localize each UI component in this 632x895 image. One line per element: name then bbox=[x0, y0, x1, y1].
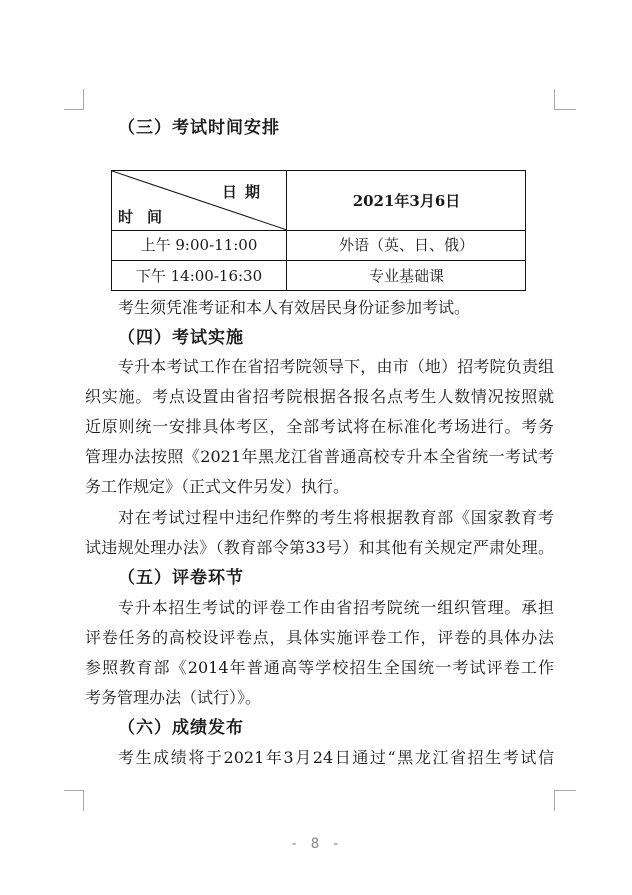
section-heading-6: （六）成绩发布 bbox=[118, 717, 244, 739]
section-heading-3: （三）考试时间安排 bbox=[118, 117, 280, 139]
table-cell-subject: 专业基础课 bbox=[287, 266, 526, 286]
paragraph-line: 考务管理办法（试行）》。 bbox=[85, 688, 554, 708]
document-page: （三）考试时间安排 日期 时间 2021年3月6日 上午 9:00-11:00 … bbox=[0, 0, 632, 895]
paragraph-line: 对在考试过程中违纪作弊的考生将根据教育部《国家教育考 bbox=[118, 508, 554, 528]
crop-mark-top-right bbox=[554, 89, 576, 110]
table-cell-time: 下午 14:00-16:30 bbox=[112, 266, 286, 286]
paragraph-line: 参照教育部《2014年普通高等学校招生全国统一考试评卷工作 bbox=[85, 658, 554, 678]
paragraph-line: 专升本考试工作在省招考院领导下，由市（地）招考院负责组 bbox=[118, 357, 554, 377]
section-heading-4: （四）考试实施 bbox=[118, 327, 244, 349]
exam-schedule-table: 日期 时间 2021年3月6日 上午 9:00-11:00 外语（英、日、俄） … bbox=[111, 170, 526, 291]
paragraph-line: 试违规处理办法》（教育部令第33号）和其他有关规定严肃处理。 bbox=[85, 538, 554, 558]
paragraph-line: 管理办法按照《2021年黑龙江省普通高校专升本全省统一考试考 bbox=[85, 447, 554, 467]
paragraph-line: 近原则统一安排具体考区，全部考试将在标准化考场进行。考务 bbox=[85, 417, 554, 437]
table-cell-subject: 外语（英、日、俄） bbox=[287, 235, 526, 255]
section-heading-5: （五）评卷环节 bbox=[118, 567, 244, 589]
row-divider-header bbox=[112, 230, 525, 231]
crop-mark-bottom-right bbox=[554, 790, 576, 811]
paragraph-line: 评卷任务的高校设评卷点，具体实施评卷工作，评卷的具体办法 bbox=[85, 628, 554, 648]
paragraph-line: 考生成绩将于2021年3月24日通过“黑龙江省招生考试信 bbox=[118, 748, 554, 768]
row-divider-1 bbox=[112, 260, 525, 261]
paragraph-line: 务工作规定》（正式文件另发）执行。 bbox=[85, 477, 554, 497]
page-number: - 8 - bbox=[0, 836, 632, 852]
crop-mark-bottom-left bbox=[64, 790, 84, 811]
header-date-label: 日期 bbox=[222, 181, 268, 202]
header-exam-date: 2021年3月6日 bbox=[287, 171, 526, 230]
header-time-label: 时间 bbox=[118, 206, 176, 227]
table-cell-time: 上午 9:00-11:00 bbox=[112, 235, 286, 255]
crop-mark-top-left bbox=[64, 89, 84, 110]
paragraph-line: 织实施。考点设置由省招考院根据各报名点考生人数情况按照就 bbox=[85, 387, 554, 407]
paragraph-line: 专升本招生考试的评卷工作由省招考院统一组织管理。承担 bbox=[118, 598, 554, 618]
exam-id-note: 考生须凭准考证和本人有效居民身份证参加考试。 bbox=[118, 298, 554, 318]
